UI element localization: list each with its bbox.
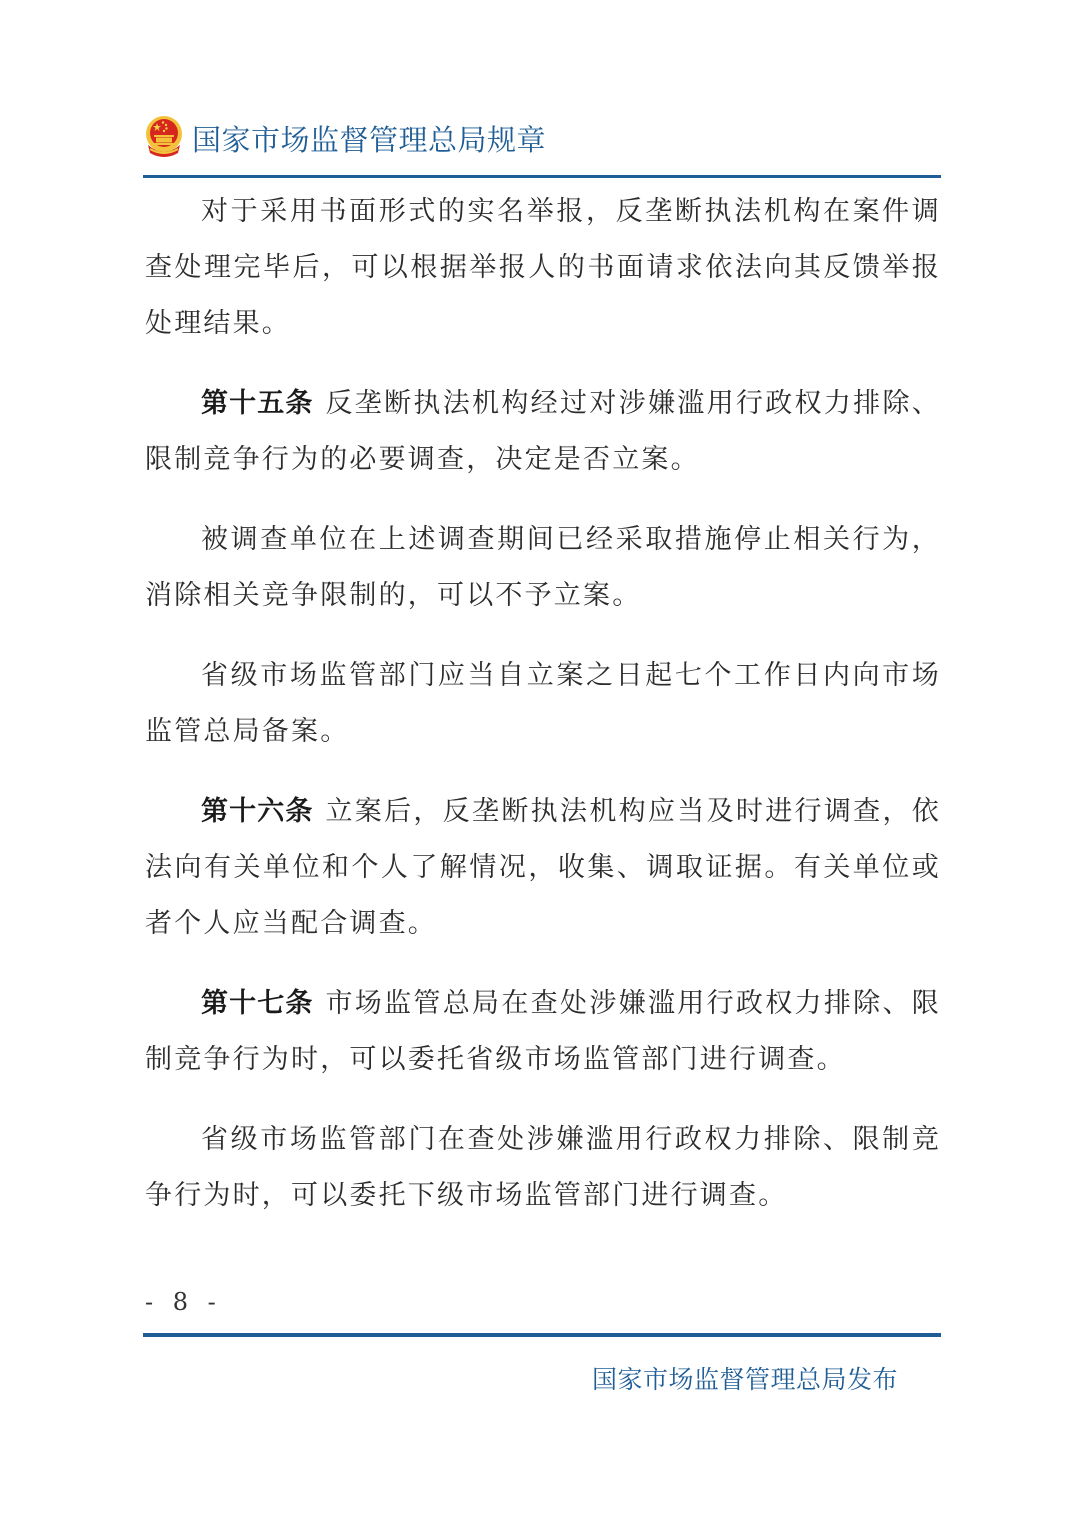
article-number: 第十七条 [201,988,313,1019]
paragraph: 第十六条立案后，反垄断执法机构应当及时进行调查，依法向有关单位和个人了解情况，收… [145,784,941,952]
paragraph-text: 省级市场监管部门应当自立案之日起七个工作日内向市场监管总局备案。 [145,660,941,747]
paragraph: 被调查单位在上述调查期间已经采取措施停止相关行为，消除相关竞争限制的，可以不予立… [145,512,941,624]
document-series-title: 国家市场监督管理总局规章 [192,118,546,159]
paragraph: 省级市场监管部门应当自立案之日起七个工作日内向市场监管总局备案。 [145,648,941,760]
paragraph: 省级市场监管部门在查处涉嫌滥用行政权力排除、限制竞争行为时，可以委托下级市场监管… [145,1112,941,1224]
paragraph-text: 省级市场监管部门在查处涉嫌滥用行政权力排除、限制竞争行为时，可以委托下级市场监管… [145,1124,941,1211]
paragraph: 第十七条市场监管总局在查处涉嫌滥用行政权力排除、限制竞争行为时，可以委托省级市场… [145,976,941,1088]
paragraph-text: 对于采用书面形式的实名举报，反垄断执法机构在案件调查处理完毕后，可以根据举报人的… [145,196,941,339]
article-number: 第十六条 [201,796,313,827]
paragraph: 第十五条反垄断执法机构经过对涉嫌滥用行政权力排除、限制竞争行为的必要调查，决定是… [145,376,941,488]
paragraph-text: 被调查单位在上述调查期间已经采取措施停止相关行为，消除相关竞争限制的，可以不予立… [145,524,941,611]
header-divider [143,175,941,178]
document-body: 对于采用书面形式的实名举报，反垄断执法机构在案件调查处理完毕后，可以根据举报人的… [145,184,941,1248]
page-number: - 8 - [145,1288,222,1316]
page-header: 国家市场监督管理总局规章 [144,112,546,164]
publisher-label: 国家市场监督管理总局发布 [592,1360,898,1396]
national-emblem-icon [144,115,184,161]
article-number: 第十五条 [201,388,313,419]
paragraph: 对于采用书面形式的实名举报，反垄断执法机构在案件调查处理完毕后，可以根据举报人的… [145,184,941,352]
footer-divider [143,1333,941,1337]
